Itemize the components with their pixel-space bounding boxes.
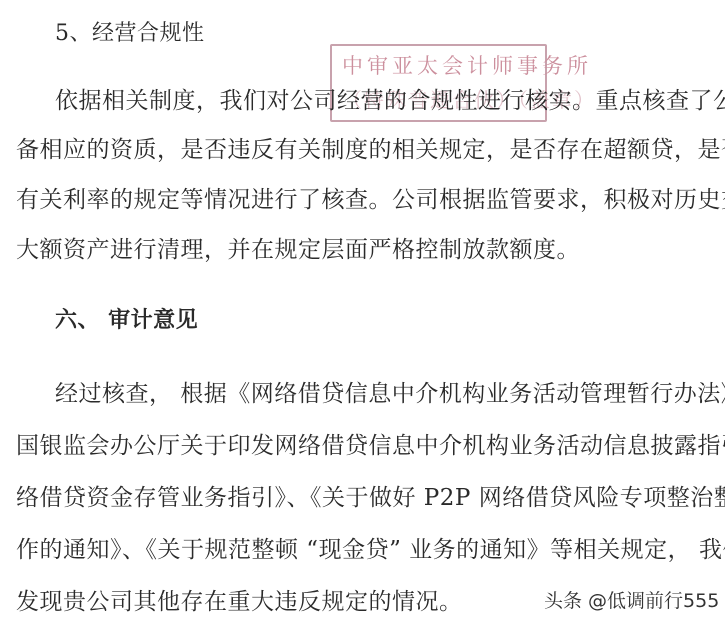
paragraph-line: 有关利率的规定等情况进行了核查。公司根据监管要求，积极对历史交易形成的 [16, 181, 725, 214]
paragraph-line: 备相应的资质，是否违反有关制度的相关规定，是否存在超额贷，是否违反法律 [16, 131, 725, 164]
stamp-text: 中审亚太会计师事务所 [342, 50, 592, 80]
paragraph-line: 作的通知》、《关于规范整顿 “现金贷” 业务的通知》等相关规定， 我们未 [16, 531, 725, 564]
paragraph-line: 国银监会办公厅关于印发网络借贷信息中介机构业务活动信息披露指引》、《网 [16, 427, 725, 460]
paragraph-line: 络借贷资金存管业务指引》、《关于做好 P2P 网络借贷风险专项整治整改验收工 [16, 479, 725, 512]
paragraph-line: 发现贵公司其他存在重大违反规定的情况。 [16, 583, 463, 616]
paragraph-line: 大额资产进行清理，并在规定层面严格控制放款额度。 [16, 231, 580, 264]
watermark: 头条 @低调前行555 [544, 586, 719, 613]
paragraph-line: 经过核查， 根据《网络借贷信息中介机构业务活动管理暂行办法》、《中 [55, 375, 725, 408]
section-6-heading: 六、 审计意见 [55, 303, 198, 334]
section-5-heading: 5、经营合规性 [55, 16, 205, 47]
paragraph-line: 依据相关制度，我们对公司经营的合规性进行核实。重点核查了公司是否具 [55, 82, 725, 115]
